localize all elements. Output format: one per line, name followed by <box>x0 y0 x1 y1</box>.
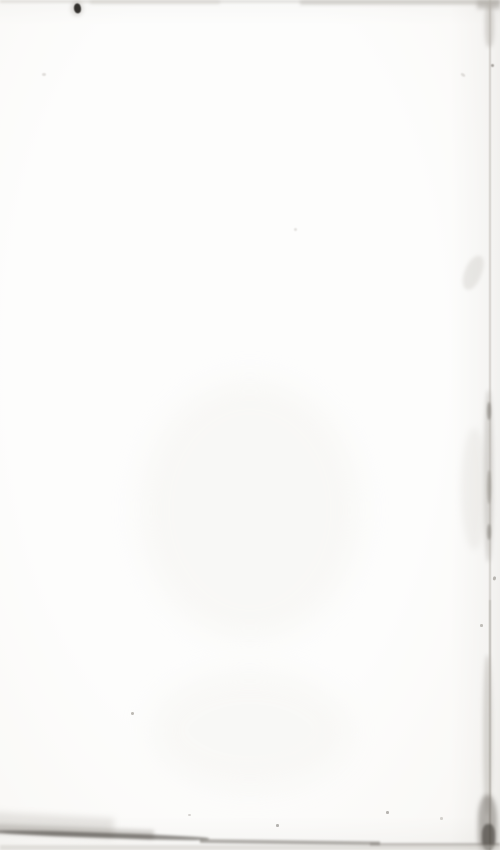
diagonal-tick <box>460 72 466 77</box>
speck <box>294 228 297 231</box>
bottom-edge-gray <box>0 845 500 850</box>
top-edge-band <box>0 0 500 3</box>
top-edge-band-right <box>300 0 500 5</box>
mid-edge-core-lower <box>487 524 491 540</box>
ink-speck-halo <box>71 1 83 16</box>
page-edge-line-lower <box>489 600 491 850</box>
edge-dot <box>491 64 494 67</box>
streak-top-right <box>485 3 494 47</box>
top-edge-band-middle <box>90 0 220 4</box>
speck <box>492 576 496 581</box>
scanned-page <box>0 0 500 850</box>
page-edge-line <box>489 0 491 850</box>
speck <box>276 824 279 827</box>
bottom-right-blob-core <box>482 824 495 850</box>
bottom-band-left-haze <box>0 812 114 838</box>
bottom-band-right <box>370 843 500 846</box>
speck <box>386 811 389 814</box>
lower-right-streak <box>483 655 492 815</box>
bottom-band-left-core <box>0 829 209 842</box>
bottom-right-blob <box>478 795 497 850</box>
mid-faint-ellipse <box>461 428 488 550</box>
mid-edge-core-upper <box>487 402 491 420</box>
speck <box>42 73 46 76</box>
speck <box>480 624 483 627</box>
bottom-band-middle <box>200 839 380 845</box>
bottom-band-left-fuzz <box>0 824 154 839</box>
mid-edge-smudge <box>484 390 493 562</box>
squiggle-smudge <box>459 253 486 292</box>
corner-smudge-top-right <box>477 0 500 9</box>
speck <box>440 817 443 820</box>
ink-speck <box>73 3 82 14</box>
mid-edge-core-middle <box>487 470 491 504</box>
ghosting-haze-center <box>140 380 360 640</box>
scan-artifacts <box>0 0 500 850</box>
speck <box>188 814 191 816</box>
ghosting-haze-lower <box>150 670 350 790</box>
speck <box>131 712 134 715</box>
